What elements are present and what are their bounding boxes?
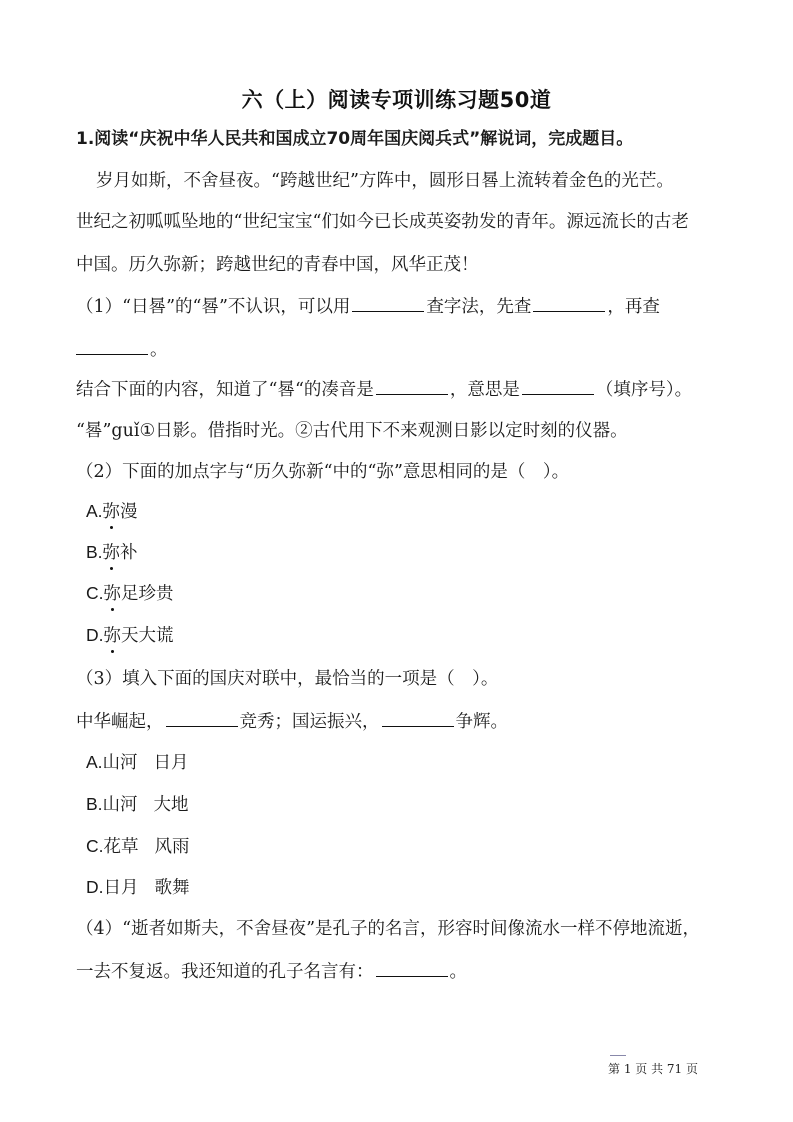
sub1-line2-a: 结合下面的内容，知道了“晷“的凑音是 bbox=[76, 380, 374, 400]
passage-line-1: 岁月如斯，不舍昼夜。“跨越世纪”方阵中，圆形日晷上流转着金色的光芒。 bbox=[96, 170, 674, 192]
sub2-option-b[interactable]: B.弥补 bbox=[86, 541, 138, 564]
pronunciation-line: 结合下面的内容，知道了“晷“的凑音是，意思是（填序号）。 bbox=[76, 378, 692, 401]
sub1-text-b: 查字法，先查 bbox=[426, 297, 531, 317]
sub3-option-c[interactable]: C.花草风雨 bbox=[86, 835, 190, 858]
subquestion-1-cont: 。 bbox=[76, 338, 168, 361]
sub2-option-a[interactable]: A.弥漫 bbox=[86, 500, 138, 523]
subquestion-4-cont: 一去不复返。我还知道的孔子名言有：。 bbox=[76, 960, 467, 983]
sub1-line2-b: ，意思是 bbox=[450, 380, 520, 400]
passage-line-3: 中国。历久弥新；跨越世纪的青春中国，风华正茂！ bbox=[76, 254, 479, 276]
question-heading: 1.阅读“庆祝中华人民共和国成立70周年国庆阅兵式”解说词，完成题目。 bbox=[76, 128, 633, 150]
passage-line-2: 世纪之初呱呱坠地的“世纪宝宝“们如今已长成英姿勃发的青年。源远流长的古老 bbox=[76, 211, 689, 233]
sub1-line2-c: （填序号）。 bbox=[596, 380, 692, 400]
document-page: 六（上）阅读专项训练习题50道 1.阅读“庆祝中华人民共和国成立70周年国庆阅兵… bbox=[0, 0, 793, 1122]
page-number: 第 1 页 共 71 页 bbox=[608, 1060, 698, 1077]
couplet-blank-2[interactable] bbox=[382, 710, 454, 727]
couplet-blank-1[interactable] bbox=[166, 710, 238, 727]
sub1-end: 。 bbox=[150, 340, 168, 360]
sub2-option-d[interactable]: D.弥天大谎 bbox=[86, 624, 174, 647]
answer-blank-meaning[interactable] bbox=[522, 378, 594, 395]
sub3-option-d[interactable]: D.日月歌舞 bbox=[86, 876, 190, 899]
dotted-character: 弥 bbox=[104, 625, 122, 647]
answer-blank-first[interactable] bbox=[533, 295, 605, 312]
footer-rule bbox=[610, 1055, 626, 1056]
dotted-character: 弥 bbox=[103, 501, 121, 523]
page-title: 六（上）阅读专项训练习题50道 bbox=[0, 84, 793, 114]
dotted-character: 弥 bbox=[104, 583, 122, 605]
answer-blank-method[interactable] bbox=[352, 295, 424, 312]
answer-blank-second[interactable] bbox=[76, 338, 148, 355]
sub1-text-a: （1）“日晷”的“晷”不认识，可以用 bbox=[76, 297, 350, 317]
subquestion-1: （1）“日晷”的“晷”不认识，可以用查字法，先查，再查 bbox=[76, 295, 660, 318]
couplet-line: 中华崛起，竞秀；国运振兴，争辉。 bbox=[76, 710, 508, 733]
answer-blank-quote[interactable] bbox=[376, 960, 448, 977]
sub1-text-c: ，再查 bbox=[607, 297, 660, 317]
answer-blank-pronunciation[interactable] bbox=[376, 378, 448, 395]
definition-line: “晷”guǐ①日影。借指时光。②古代用下不来观测日影以定时刻的仪器。 bbox=[76, 420, 628, 442]
sub3-option-b[interactable]: B.山河大地 bbox=[86, 793, 189, 816]
sub2-option-c[interactable]: C.弥足珍贵 bbox=[86, 582, 174, 605]
subquestion-3: （3）填入下面的国庆对联中，最恰当的一项是（ ）。 bbox=[76, 668, 498, 690]
dotted-character: 弥 bbox=[103, 542, 121, 564]
sub3-option-a[interactable]: A.山河日月 bbox=[86, 751, 189, 774]
subquestion-2: （2）下面的加点字与“历久弥新“中的“弥”意思相同的是（ ）。 bbox=[76, 461, 569, 483]
subquestion-4: （4）“逝者如斯夫，不舍昼夜”是孔子的名言，形容时间像流水一样不停地流逝， bbox=[76, 918, 700, 940]
